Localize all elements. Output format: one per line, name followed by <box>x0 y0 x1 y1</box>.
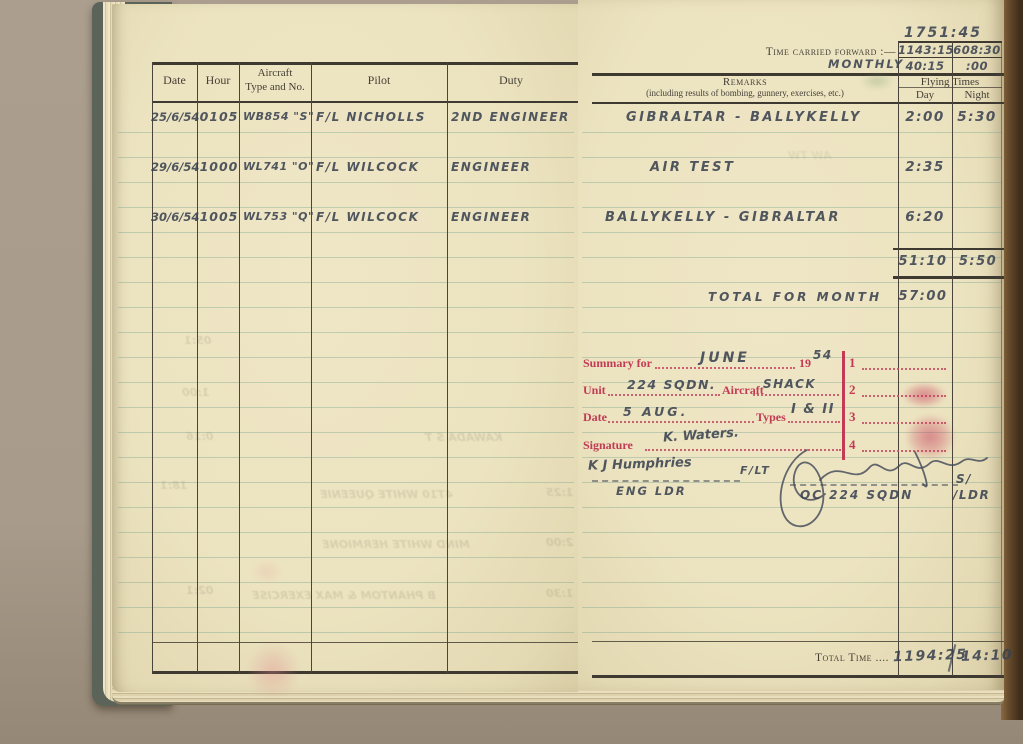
entry-date: 29/6/54 <box>151 160 197 174</box>
summary-month-value: JUNE <box>700 350 750 366</box>
left-col-divider <box>239 62 240 673</box>
column-header-aircraft: Aircraft <box>239 67 311 79</box>
entry-pilot: F/L WILCOCK <box>316 210 419 224</box>
left-table-top-rule <box>152 62 578 65</box>
entry-day-time: 2:35 <box>898 159 952 175</box>
entry-date: 30/6/54 <box>151 210 197 224</box>
types-label: Types <box>756 410 786 425</box>
day-night-divider <box>952 41 953 676</box>
total-for-month-label: TOTAL FOR MONTH <box>708 290 882 304</box>
entry-remarks: AIR TEST <box>650 160 735 175</box>
year-printed: 19 <box>799 356 811 371</box>
column-header-pilot: Pilot <box>311 73 447 88</box>
right-table-bottom-rule <box>592 675 1004 678</box>
ghost-mark: 1:25 <box>546 486 573 499</box>
red-ink-blot <box>903 383 945 407</box>
total-time-label: Total Time .... <box>815 652 889 664</box>
carried-box-mid-rule <box>898 57 1002 58</box>
signature-underline <box>790 483 958 486</box>
entry-hour: 1000 <box>198 159 240 174</box>
remarks-subtitle: (including results of bombing, gunnery, … <box>590 88 900 98</box>
co-rank-bottom: /LDR <box>953 488 990 502</box>
stamp-row-number: 3 <box>849 409 856 425</box>
entry-remarks: GIBRALTAR - BALLYKELLY <box>626 110 862 125</box>
left-col-divider <box>197 62 198 673</box>
date-label: Date <box>583 410 607 425</box>
flying-times-right-border <box>1001 41 1002 676</box>
book-cover-right-edge <box>1001 0 1023 720</box>
entry-hour: 0105 <box>198 109 240 124</box>
entry-remarks: BALLYKELLY - GIBRALTAR <box>605 210 841 225</box>
monthly-day-value: 40:15 <box>898 59 952 73</box>
stamp-row-number: 1 <box>849 355 856 371</box>
column-header-hour: Hour <box>197 73 239 88</box>
logbook-scan: 05:1 1:00 0:16 KAWADA S T 18:1 4T10 WHIT… <box>0 0 1023 744</box>
entry-duty: 2ND ENGINEER <box>451 110 570 124</box>
total-for-month-value: 57:00 <box>893 289 953 304</box>
period-total-bottom-rule <box>893 276 1004 279</box>
period-total-top-rule <box>893 248 1004 250</box>
ghost-mark: KAWADA S T <box>425 431 502 444</box>
left-col-divider <box>311 62 312 673</box>
green-residue-mark <box>860 72 894 90</box>
period-total-night: 5:50 <box>952 254 1004 269</box>
summary-date-value: 5 AUG. <box>623 404 688 419</box>
ruled-lines-right <box>582 108 1002 643</box>
column-header-day: Day <box>898 89 952 101</box>
column-header-night: Night <box>952 89 1002 101</box>
ruled-lines-left <box>118 108 574 648</box>
signature-label: Signature <box>583 438 633 453</box>
ghost-mark: 2:00 <box>546 536 573 549</box>
summary-for-label: Summary for <box>583 356 652 371</box>
co-rank-top: S/ <box>956 472 972 486</box>
left-table-header-rule <box>152 101 578 103</box>
monthly-label: MONTHLY <box>828 57 904 71</box>
monthly-night-value: :00 <box>952 59 1002 73</box>
right-table-header-rule <box>592 102 1004 104</box>
period-total-day: 51:10 <box>895 254 951 269</box>
flying-times-header: Flying Times <box>898 76 1002 88</box>
entry-hour: 1005 <box>198 209 240 224</box>
left-table-border <box>152 62 153 673</box>
engineer-leader-title: ENG LDR <box>616 484 687 498</box>
unit-value: 224 SQDN. <box>627 377 716 392</box>
carried-night-value: 608:30 <box>952 43 1002 57</box>
red-ink-blot <box>906 415 954 459</box>
entry-pilot: F/L WILCOCK <box>316 160 419 174</box>
ghost-mark: 02:1 <box>186 584 213 597</box>
column-header-date: Date <box>152 73 197 88</box>
left-col-divider <box>447 62 448 673</box>
grand-total-carried: 1751:45 <box>893 25 993 41</box>
entry-day-time: 2:00 <box>898 109 952 125</box>
entry-duty: ENGINEER <box>451 210 531 224</box>
column-header-duty: Duty <box>447 73 575 88</box>
left-table-bottom-rule <box>152 671 578 674</box>
total-time-night: 14:10 <box>961 647 1014 665</box>
column-header-aircraft-2: Type and No. <box>239 81 311 93</box>
entry-aircraft: WL741 "O" <box>243 160 314 173</box>
ghost-mark: AW TW <box>788 149 832 162</box>
ghost-mark: 1:00 <box>182 386 209 399</box>
entry-day-time: 6:20 <box>898 209 952 225</box>
entry-aircraft: WB854 "S" <box>243 110 314 123</box>
signature-underline <box>592 479 740 482</box>
total-time-day: 1194:25 <box>893 647 968 666</box>
left-table-foot-rule <box>152 642 578 643</box>
ghost-mark: 0:16 <box>186 430 213 443</box>
entry-aircraft: WL753 "Q" <box>243 210 314 223</box>
remarks-header: Remarks <box>600 76 890 88</box>
carried-day-value: 1143:15 <box>898 43 952 57</box>
year-hand-value: 54 <box>813 348 833 362</box>
aircraft-value: SHACK <box>763 377 816 391</box>
right-table-foot-rule <box>592 641 1004 642</box>
ghost-mark: 18:1 <box>160 479 187 492</box>
pink-smudge <box>252 560 282 584</box>
stamp-dotted-line <box>862 358 946 370</box>
entry-night-time: 5:30 <box>952 109 1002 125</box>
unit-label: Unit <box>583 383 606 398</box>
co-title: OC 224 SQDN <box>800 488 913 502</box>
stamp-row-number: 2 <box>849 382 856 398</box>
types-value: I & II <box>791 402 835 417</box>
entry-duty: ENGINEER <box>451 160 531 174</box>
ghost-mark: B PHANTOM & MAX EXERCISE <box>252 589 436 602</box>
pink-smudge <box>246 642 300 700</box>
ghost-mark: 4T10 WHITE QUEENIE <box>320 488 453 501</box>
ghost-mark: 1:30 <box>546 587 573 600</box>
entry-pilot: F/L NICHOLLS <box>316 110 426 124</box>
entry-date: 25/6/54 <box>151 110 197 124</box>
